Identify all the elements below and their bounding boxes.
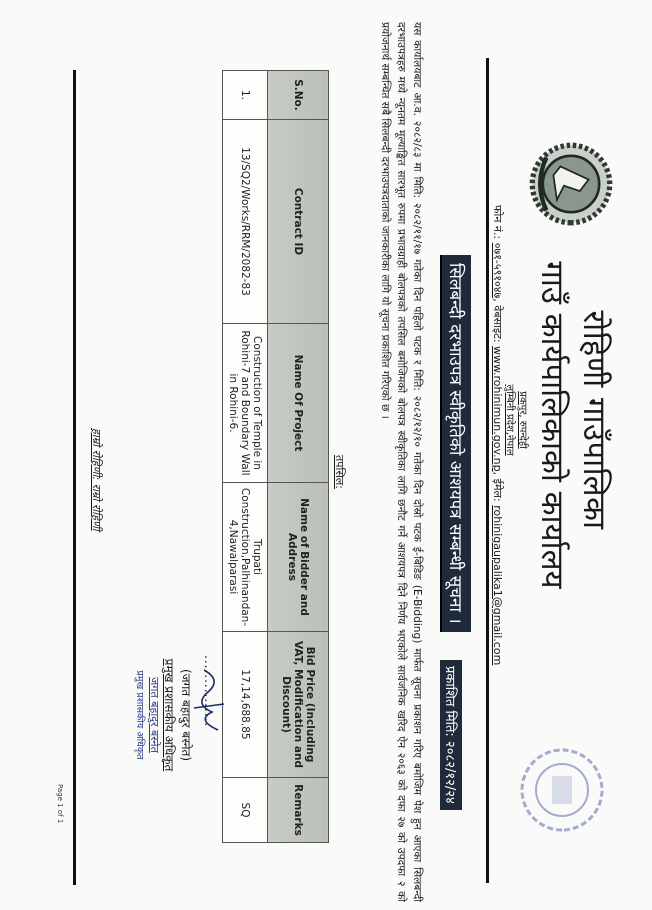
organization-name: रोहिणी गाउँपालिका <box>574 300 616 540</box>
header-sno: S.No. <box>268 71 329 120</box>
cell-remarks: SQ <box>223 778 268 843</box>
cell-contract-id: 13/SQ2/Works/RRM/2082-83 <box>223 120 268 324</box>
notice-title: सिलबन्दी दरभाउपत्र स्वीकृतिको आशयपत्र सम… <box>440 255 471 632</box>
phone-label: फोन नं.: <box>491 205 504 239</box>
cell-project-name: Construction of Temple in Rohini-7 and B… <box>223 324 268 483</box>
office-seal-stamp-icon <box>512 740 612 840</box>
email-label: ईमेल: <box>491 479 504 502</box>
header-divider <box>486 58 489 883</box>
signatory-title: प्रमुख प्रशासकीय अधिकृत <box>161 640 178 790</box>
address-line-1: प्रकपुर, रुपन्देही <box>517 300 531 540</box>
signatory-name: (जगत बहादुर बस्नेत) <box>178 640 195 790</box>
schedule-label: तपसिल: <box>332 455 347 489</box>
header-bid-price: Bid Price (Including VAT, Modification a… <box>268 632 329 778</box>
signature-stamp-name: जगत बहादुर बस्नेत <box>147 640 162 790</box>
contact-line: फोन नं.: ०७१-५९१०४७, वेबसाइट: www.rohini… <box>490 205 505 825</box>
phone-number: ०७१-५९१०४७ <box>491 243 504 298</box>
published-date: प्रकाशित मिति: २०८२/१२/२४ <box>440 660 462 810</box>
bid-table: S.No. Contract ID Name Of Project Name o… <box>222 70 329 843</box>
cell-bidder: Trupati Construction,Palhinandan-4,Nawal… <box>223 483 268 632</box>
footer-slogan: हाम्रो रोहिणी: राम्रो रोहिणी <box>89 428 104 531</box>
website-label: वेबसाइट: <box>491 305 504 342</box>
signature-scribble-icon <box>192 660 226 740</box>
email-link[interactable]: rohinigaupalika1@gmail.com <box>491 505 504 665</box>
government-emblem-icon <box>526 140 616 228</box>
cell-bid-price: 17,14,688.85 <box>223 632 268 778</box>
signature-stamp-title: प्रमुख प्रशासकीय अधिकृत <box>134 640 147 790</box>
header-remarks: Remarks <box>268 778 329 843</box>
notice-document: रोहिणी गाउँपालिका गाउँ कार्यपालिकाको कार… <box>0 0 652 910</box>
website-link[interactable]: www.rohinimun.gov.np <box>491 346 504 472</box>
address-line-2: लुम्बिनी प्रदेश,नेपाल <box>504 300 518 540</box>
header-bidder: Name of Bidder and Address <box>268 483 329 632</box>
notice-body: यस कार्यालयबाट आ.व. २०८२/८३ मा मिति: २०८… <box>377 22 425 902</box>
cell-sno: 1. <box>223 71 268 120</box>
table-header-row: S.No. Contract ID Name Of Project Name o… <box>268 71 329 843</box>
header-contract-id: Contract ID <box>268 120 329 324</box>
office-name: गाउँ कार्यपालिकाको कार्यालय <box>532 250 574 600</box>
header-project-name: Name Of Project <box>268 324 329 483</box>
table-row: 1. 13/SQ2/Works/RRM/2082-83 Construction… <box>223 71 268 843</box>
footer-divider <box>73 70 76 885</box>
page-number: Page 1 of 1 <box>56 784 64 823</box>
